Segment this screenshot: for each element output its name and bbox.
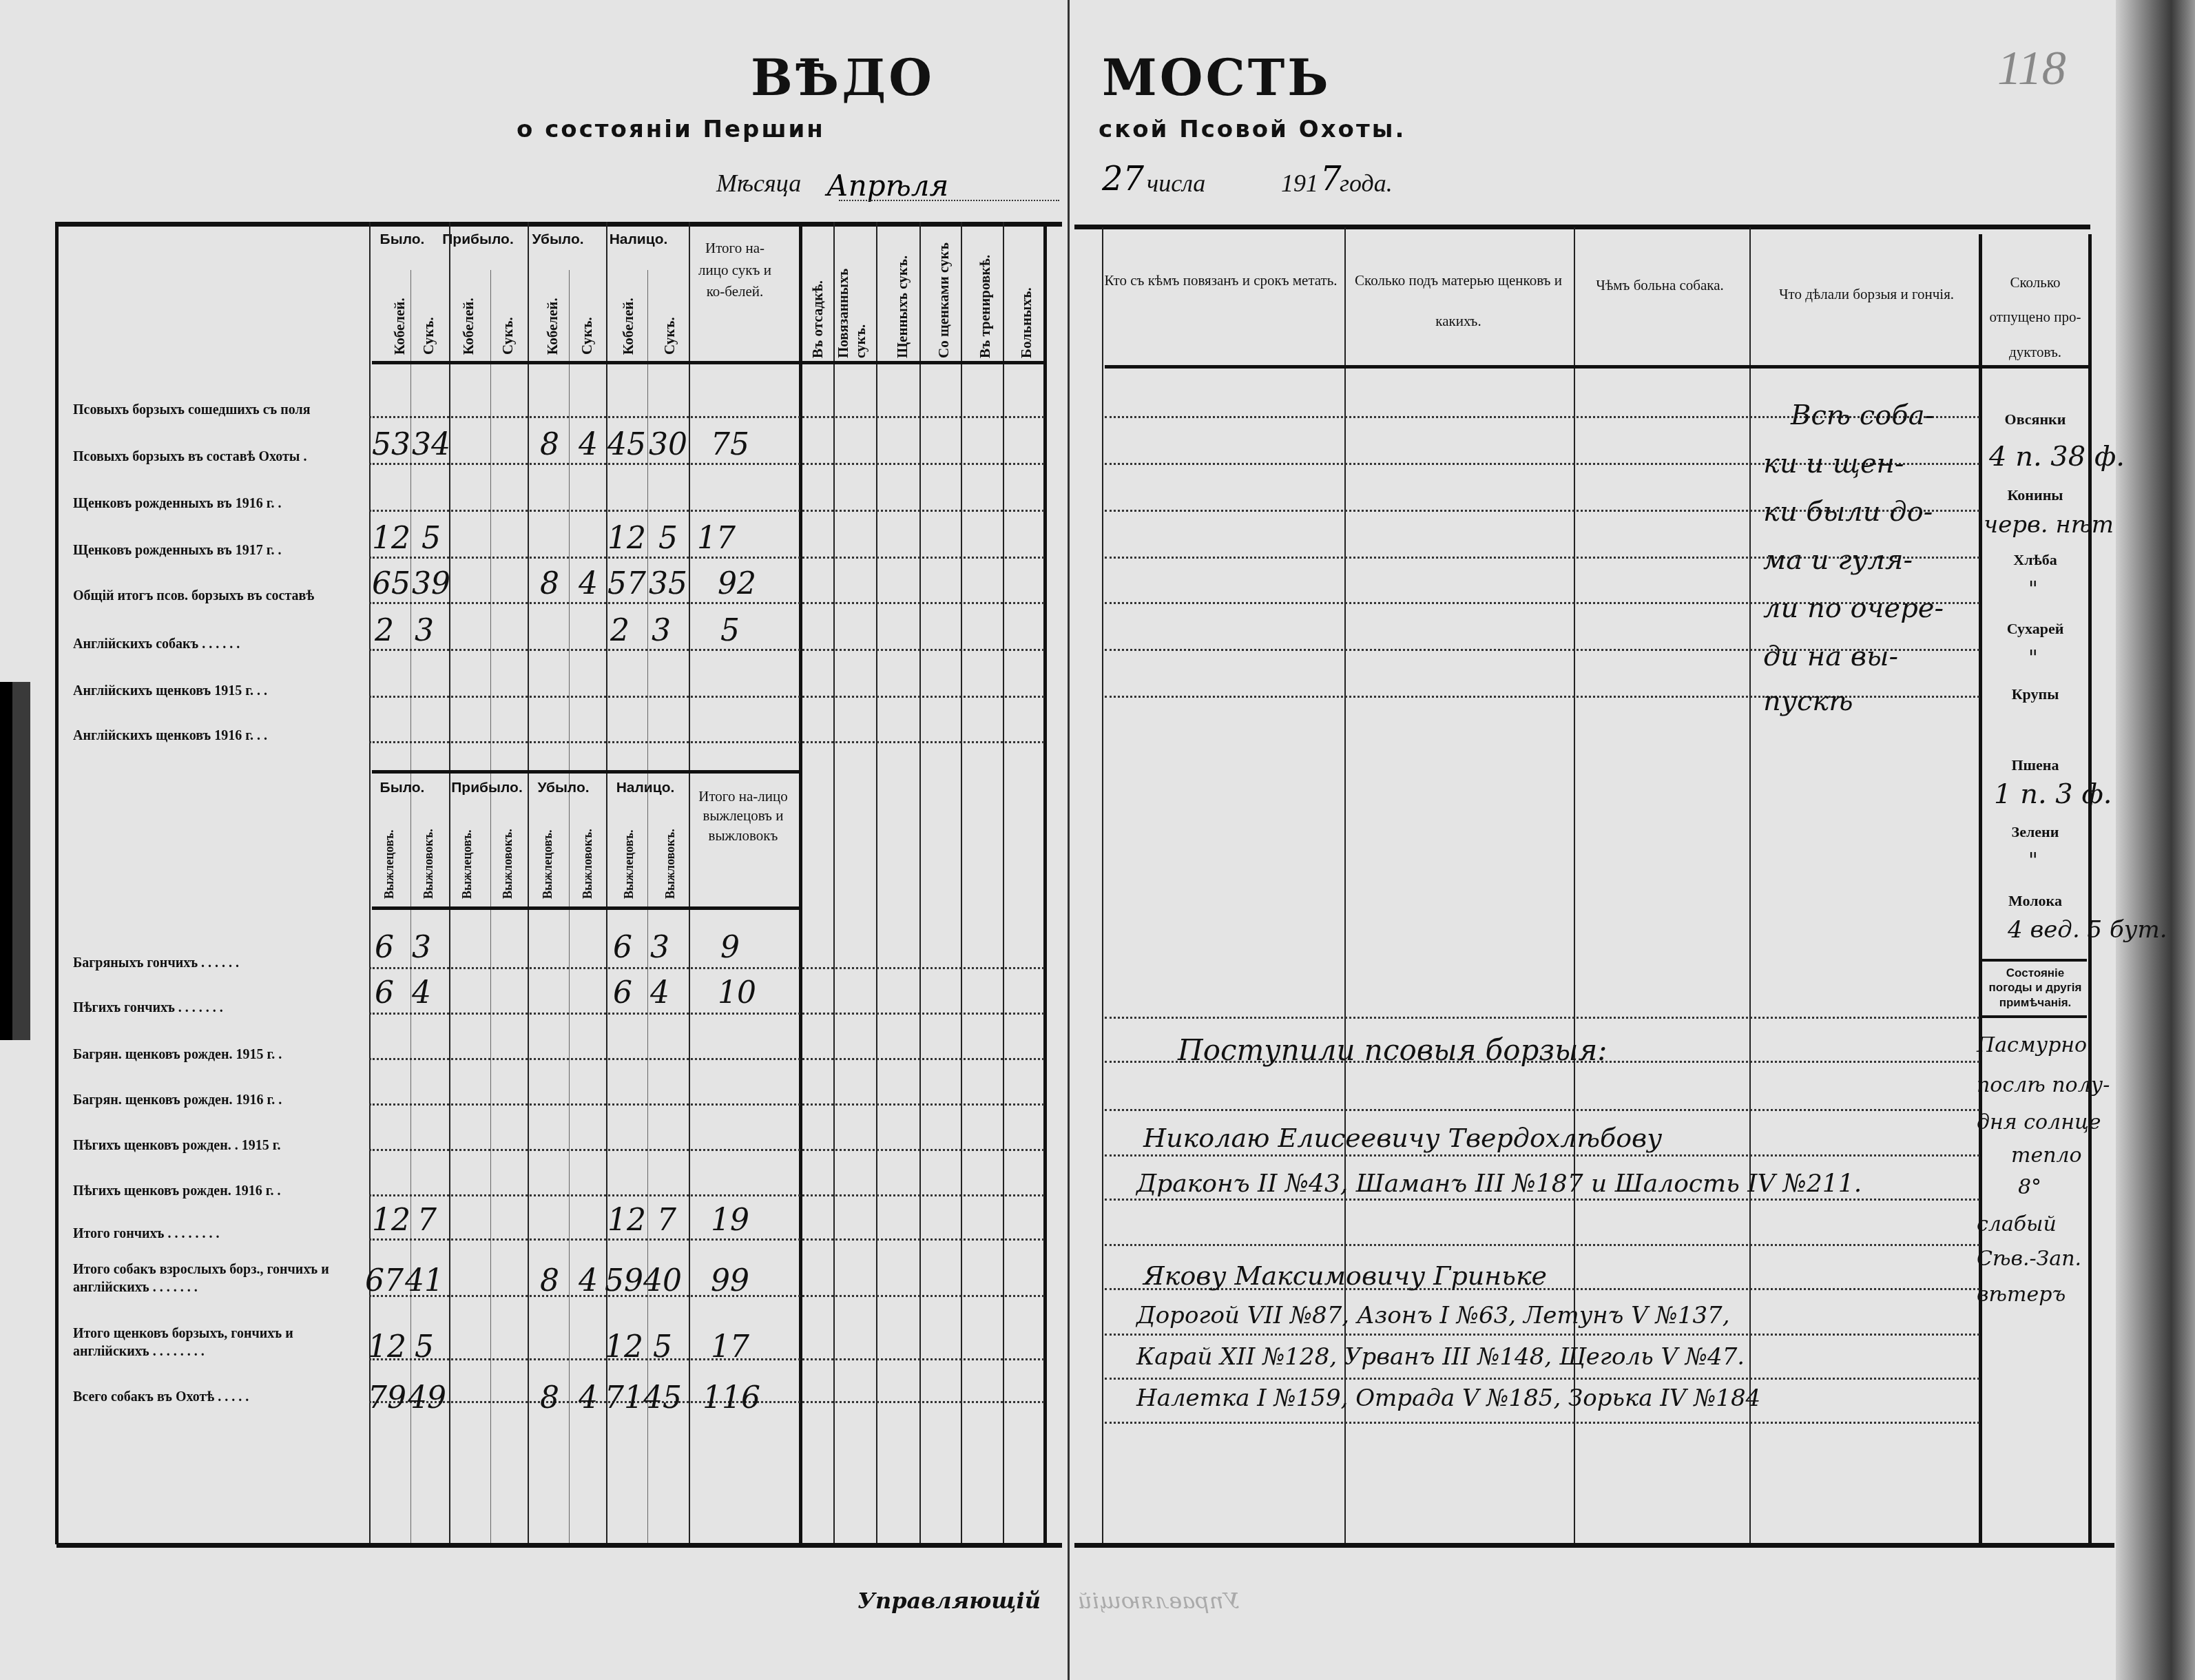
cell-was-bitch: 7: [399, 1203, 455, 1238]
left-frame-line: [55, 222, 59, 1544]
right-page: [1069, 0, 2116, 1680]
day-value: 27: [1102, 160, 1144, 198]
cell-was-bitch: 4: [394, 975, 449, 1010]
remarks-header-rule: [1982, 1015, 2087, 1018]
col-total-borzoi: Итого на-лицо сукъ и ко-белей.: [697, 238, 773, 303]
subcol-left-male: Кобелей.: [544, 276, 561, 355]
subcol-arrived-female: Сукъ.: [499, 276, 517, 355]
top-rule-left: [56, 222, 1062, 227]
cell-present-female: 35: [641, 566, 696, 601]
product-label: Хлѣба: [1984, 551, 2087, 569]
row-label: Итого гончихъ . . . . . . . .: [73, 1225, 362, 1243]
activity-line: ли по очере-: [1763, 592, 1944, 624]
arrivals-heading: Поступили псовыя борзыя:: [1178, 1033, 1607, 1067]
row-line: [369, 1013, 1044, 1015]
bottom-rule-left: [56, 1543, 1062, 1548]
row-line: [369, 416, 1044, 418]
year-prefix: 191: [1281, 169, 1318, 198]
remark-line: слабый: [1977, 1212, 2057, 1236]
row-line: [1105, 1199, 1979, 1201]
product-label: Сухарей: [1984, 620, 2087, 638]
row-label: Псовыхъ борзыхъ сошедшихъ съ поля: [73, 401, 362, 419]
cell-present-bitch: 5: [635, 1329, 690, 1365]
bottom-rule-right: [1074, 1543, 2114, 1548]
cell-total: 9: [703, 930, 758, 965]
col-line: [1749, 227, 1751, 1543]
product-label: Молока: [1984, 892, 2087, 910]
col-line: [2088, 234, 2092, 1543]
col-line: [1102, 227, 1103, 1543]
cell-total: 10: [709, 975, 764, 1010]
col-group-present: Налицо.: [601, 231, 676, 248]
page-edge-shadow: [2116, 0, 2195, 1680]
cell-was-bitch: 5: [397, 1329, 452, 1365]
row-line: [369, 1238, 1044, 1241]
remark-line: дня солнце: [1977, 1110, 2101, 1134]
cell-was-female: 3: [397, 613, 452, 648]
row-line: [1105, 1154, 1979, 1157]
row-label: Англiйскихъ щенковъ 1916 г. . .: [73, 727, 362, 745]
day-label: числа: [1147, 169, 1205, 198]
cell-was-bitch: 41: [397, 1263, 452, 1298]
activity-line: ки и щен-: [1763, 448, 1904, 479]
row-line: [369, 696, 1044, 698]
row-line: [369, 741, 1044, 743]
product-value: черв. нѣт: [1984, 511, 2114, 539]
product-value: ": [2028, 577, 2038, 601]
product-label: Зелени: [1984, 823, 2087, 841]
row-line: [1105, 1244, 1979, 1246]
row-label: Общiй итогъ псов. борзыхъ въ составѣ: [73, 587, 362, 605]
product-value: 1 п. 3 ф.: [1994, 778, 2112, 810]
col-illness: Чѣмъ больна собака.: [1577, 265, 1743, 306]
remark-line: 8°: [2018, 1175, 2041, 1199]
subcol-arrived-bitch: Выжловокъ.: [501, 827, 515, 899]
row-line: [1105, 1378, 1979, 1380]
arrival-recipient: Якову Максимовичу Гриньке: [1143, 1261, 1547, 1291]
row-line: [369, 602, 1044, 604]
mid-rule: [372, 770, 799, 774]
col-line: [961, 222, 962, 1543]
row-line: [1105, 1422, 1979, 1424]
cell-present-bitch: 45: [635, 1380, 690, 1415]
row-line: [369, 1149, 1044, 1151]
arrival-dogs-line: Налетка I №159, Отрада V №185, Зорька IV…: [1136, 1385, 1760, 1412]
col-puppies: Сколько подъ матерью щенковъ и какихъ.: [1346, 260, 1570, 342]
header-bottom-rule: [372, 361, 1047, 364]
header-bottom-rule-right: [1105, 365, 2090, 369]
col-line: [876, 222, 877, 1543]
product-label: Овсянки: [1984, 411, 2087, 428]
col-line: [919, 222, 921, 1543]
cell-present-bitch: 4: [632, 975, 687, 1010]
col-sick: Больныхъ.: [1018, 269, 1035, 358]
activity-line: пускѣ: [1763, 685, 1853, 717]
activity-line: ки были до-: [1763, 496, 1933, 528]
col-in-training: Въ тренировкѣ.: [977, 241, 994, 358]
cell-total: 92: [709, 566, 764, 601]
col-group-was: Было.: [372, 780, 433, 796]
row-label: Псовыхъ борзыхъ въ составѣ Охоты .: [73, 448, 362, 466]
product-label: Конины: [1984, 486, 2087, 504]
row-label: Итого щенковъ борзыхъ, гончихъ и англiйс…: [73, 1325, 362, 1360]
row-line: [1105, 1017, 1979, 1019]
product-value: 4 вед. 5 бут.: [2008, 916, 2167, 944]
col-with-puppies: Со щенками сукъ: [935, 234, 953, 358]
col-line: [799, 222, 802, 1543]
row-label: Пѣгихъ щенковъ рожден. 1916 г. .: [73, 1182, 362, 1200]
subcol-left-bitch: Выжловокъ.: [581, 827, 595, 899]
row-line: [369, 967, 1044, 969]
cell-was-female: 39: [404, 566, 459, 601]
col-line: [833, 222, 835, 1543]
subcol-arrived-male: Кобелей.: [460, 276, 477, 355]
subtitle-right: ской Псовой Охоты.: [1099, 116, 1406, 143]
col-group-arrived: Прибыло.: [449, 780, 525, 796]
subcol-was-male: Кобелей.: [391, 276, 408, 355]
month-value: Апрѣля: [826, 169, 948, 203]
col-group-was: Было.: [372, 231, 433, 248]
cell-was-bitch: 3: [394, 930, 449, 965]
arrival-recipient: Николаю Елисеевичу Твердохлѣбову: [1143, 1123, 1662, 1153]
remark-line: послѣ полу-: [1977, 1073, 2110, 1097]
cell-present-female: 5: [641, 521, 696, 556]
col-group-arrived: Прибыло.: [441, 231, 515, 248]
cell-total: 5: [703, 613, 758, 648]
activity-line: ма и гуля-: [1763, 544, 1913, 576]
product-value: 4 п. 38 ф.: [1989, 441, 2125, 473]
row-line: [369, 510, 1044, 512]
col-line: [1003, 222, 1004, 1543]
product-label: Крупы: [1984, 685, 2087, 703]
subtitle-left: о состоянiи Першин: [517, 116, 825, 143]
col-products: Сколько отпущено про-дуктовъ.: [1984, 265, 2087, 369]
col-in-kennel: Въ отсадкѣ.: [809, 248, 826, 358]
row-line: [369, 1058, 1044, 1060]
month-dotted-line: [839, 200, 1059, 201]
col-group-left: Убыло.: [523, 231, 592, 248]
top-rule-right: [1074, 225, 2090, 229]
remark-line: тепло: [2011, 1143, 2082, 1168]
year-label: года.: [1340, 169, 1393, 198]
cell-present-female: 30: [641, 427, 696, 462]
folio-number: 118: [1997, 41, 2066, 96]
month-label: Мѣсяца: [716, 169, 801, 198]
arrival-dogs-line: Карай XII №128, Урванъ III №148, Щеголь …: [1136, 1343, 1745, 1371]
arrival-dogs-line: Дорогой VII №87, Азонъ I №63, Летунъ V №…: [1136, 1302, 1729, 1329]
cell-was-bitch: 49: [399, 1380, 455, 1415]
remark-line: Пасмурно: [1977, 1033, 2087, 1057]
cell-total: 17: [689, 521, 744, 556]
activity-line: Всѣ соба-: [1791, 400, 1934, 431]
row-label: Пѣгихъ щенковъ рожден. . 1915 г.: [73, 1137, 362, 1154]
binding-tab-shadow: [12, 682, 30, 1040]
title-right: МОСТЬ: [1102, 48, 1331, 107]
subcol-present-male: Кобелей.: [620, 276, 637, 355]
cell-total: 99: [703, 1263, 758, 1298]
row-label: Багрян. щенковъ рожден. 1916 г. .: [73, 1091, 362, 1109]
col-group-left: Убыло.: [529, 780, 598, 796]
book-spine: [1068, 0, 1070, 1680]
row-line: [369, 649, 1044, 651]
cell-present-bitch: 40: [635, 1263, 690, 1298]
product-label: Пшена: [1984, 756, 2087, 774]
row-label: Англiйскихъ собакъ . . . . . .: [73, 635, 362, 653]
arrival-dogs: Драконъ II №43, Шаманъ III №187 и Шалост…: [1136, 1170, 1862, 1198]
row-label: Всего собакъ въ Охотѣ . . . . .: [73, 1388, 362, 1406]
cell-present-bitch: 7: [639, 1203, 694, 1238]
subcol-left-female: Сукъ.: [579, 276, 596, 355]
subcol-was-female: Сукъ.: [420, 276, 437, 355]
row-label: Щенковъ рожденныхъ въ 1916 г. .: [73, 495, 362, 512]
cell-total: 75: [703, 427, 758, 462]
signature-bleed-through: Управляющiй: [1078, 1588, 1240, 1614]
col-line: [1979, 234, 1982, 1543]
cell-present-bitch: 3: [632, 930, 687, 965]
title-left: ВѢДО: [751, 48, 935, 107]
cell-was-female: 5: [404, 521, 459, 556]
row-label: Англiйскихъ щенковъ 1915 г. . .: [73, 682, 362, 700]
subcol-present-dog: Выжлецовъ.: [622, 827, 636, 899]
subcol-present-female: Сукъ.: [661, 276, 678, 355]
col-breeding: Кто съ кѣмъ повязанъ и срокъ метать.: [1102, 260, 1340, 301]
cell-total: 116: [703, 1380, 758, 1415]
cell-total: 19: [703, 1203, 758, 1238]
col-line: [528, 222, 529, 1543]
subcol-left-dog: Выжлецовъ.: [541, 827, 555, 899]
row-line: [1105, 1334, 1979, 1336]
remark-line: Сѣв.-Зап.: [1977, 1247, 2081, 1271]
row-line: [369, 1194, 1044, 1196]
cell-total: 17: [703, 1329, 758, 1365]
col-activity: Что дѣлали борзыя и гончiя.: [1753, 274, 1980, 315]
row-label: Итого собакъ взрослыхъ борз., гончихъ и …: [73, 1261, 362, 1296]
remark-line: вѣтеръ: [1977, 1283, 2066, 1307]
row-line: [1105, 1109, 1979, 1111]
subcol-present-bitch: Выжловокъ.: [663, 827, 678, 899]
col-pregnant-females: Щенныхъ сукъ.: [894, 238, 911, 358]
subcol-arrived-dog: Выжлецовъ.: [460, 827, 475, 899]
row-line: [369, 1103, 1044, 1106]
row-label: Багрян. щенковъ рожден. 1915 г. .: [73, 1046, 362, 1064]
col-total-hounds: Итого на-лицо выжлецовъ и выжловокъ: [691, 787, 795, 845]
col-bred-females: Повязанныхъ сукъ.: [835, 238, 869, 358]
activity-line: ди на вы-: [1763, 641, 1898, 672]
row-label: Багряныхъ гончихъ . . . . . .: [73, 954, 362, 972]
products-remarks-divider: [1982, 959, 2087, 962]
row-label: Щенковъ рожденныхъ въ 1917 г. .: [73, 541, 362, 559]
row-line: [369, 463, 1044, 465]
subcol-was-bitch: Выжловокъ.: [422, 827, 436, 899]
signature-label: Управляющiй: [857, 1588, 1041, 1614]
cell-present-female: 3: [634, 613, 689, 648]
subcol-was-dog: Выжлецовъ.: [382, 827, 397, 899]
col-line: [1043, 222, 1047, 1543]
product-value: ": [2028, 646, 2038, 670]
col-group-present: Налицо.: [607, 780, 683, 796]
row-line: [369, 557, 1044, 559]
hound-header-bottom-rule: [372, 906, 799, 910]
remarks-header: Состоянiе погоды и другiя примѣчанiя.: [1984, 966, 2087, 1010]
product-value: ": [2028, 849, 2038, 873]
year-value: 7: [1320, 160, 1342, 198]
cell-was-female: 34: [404, 427, 459, 462]
row-label: Пѣгихъ гончихъ . . . . . . .: [73, 999, 362, 1017]
